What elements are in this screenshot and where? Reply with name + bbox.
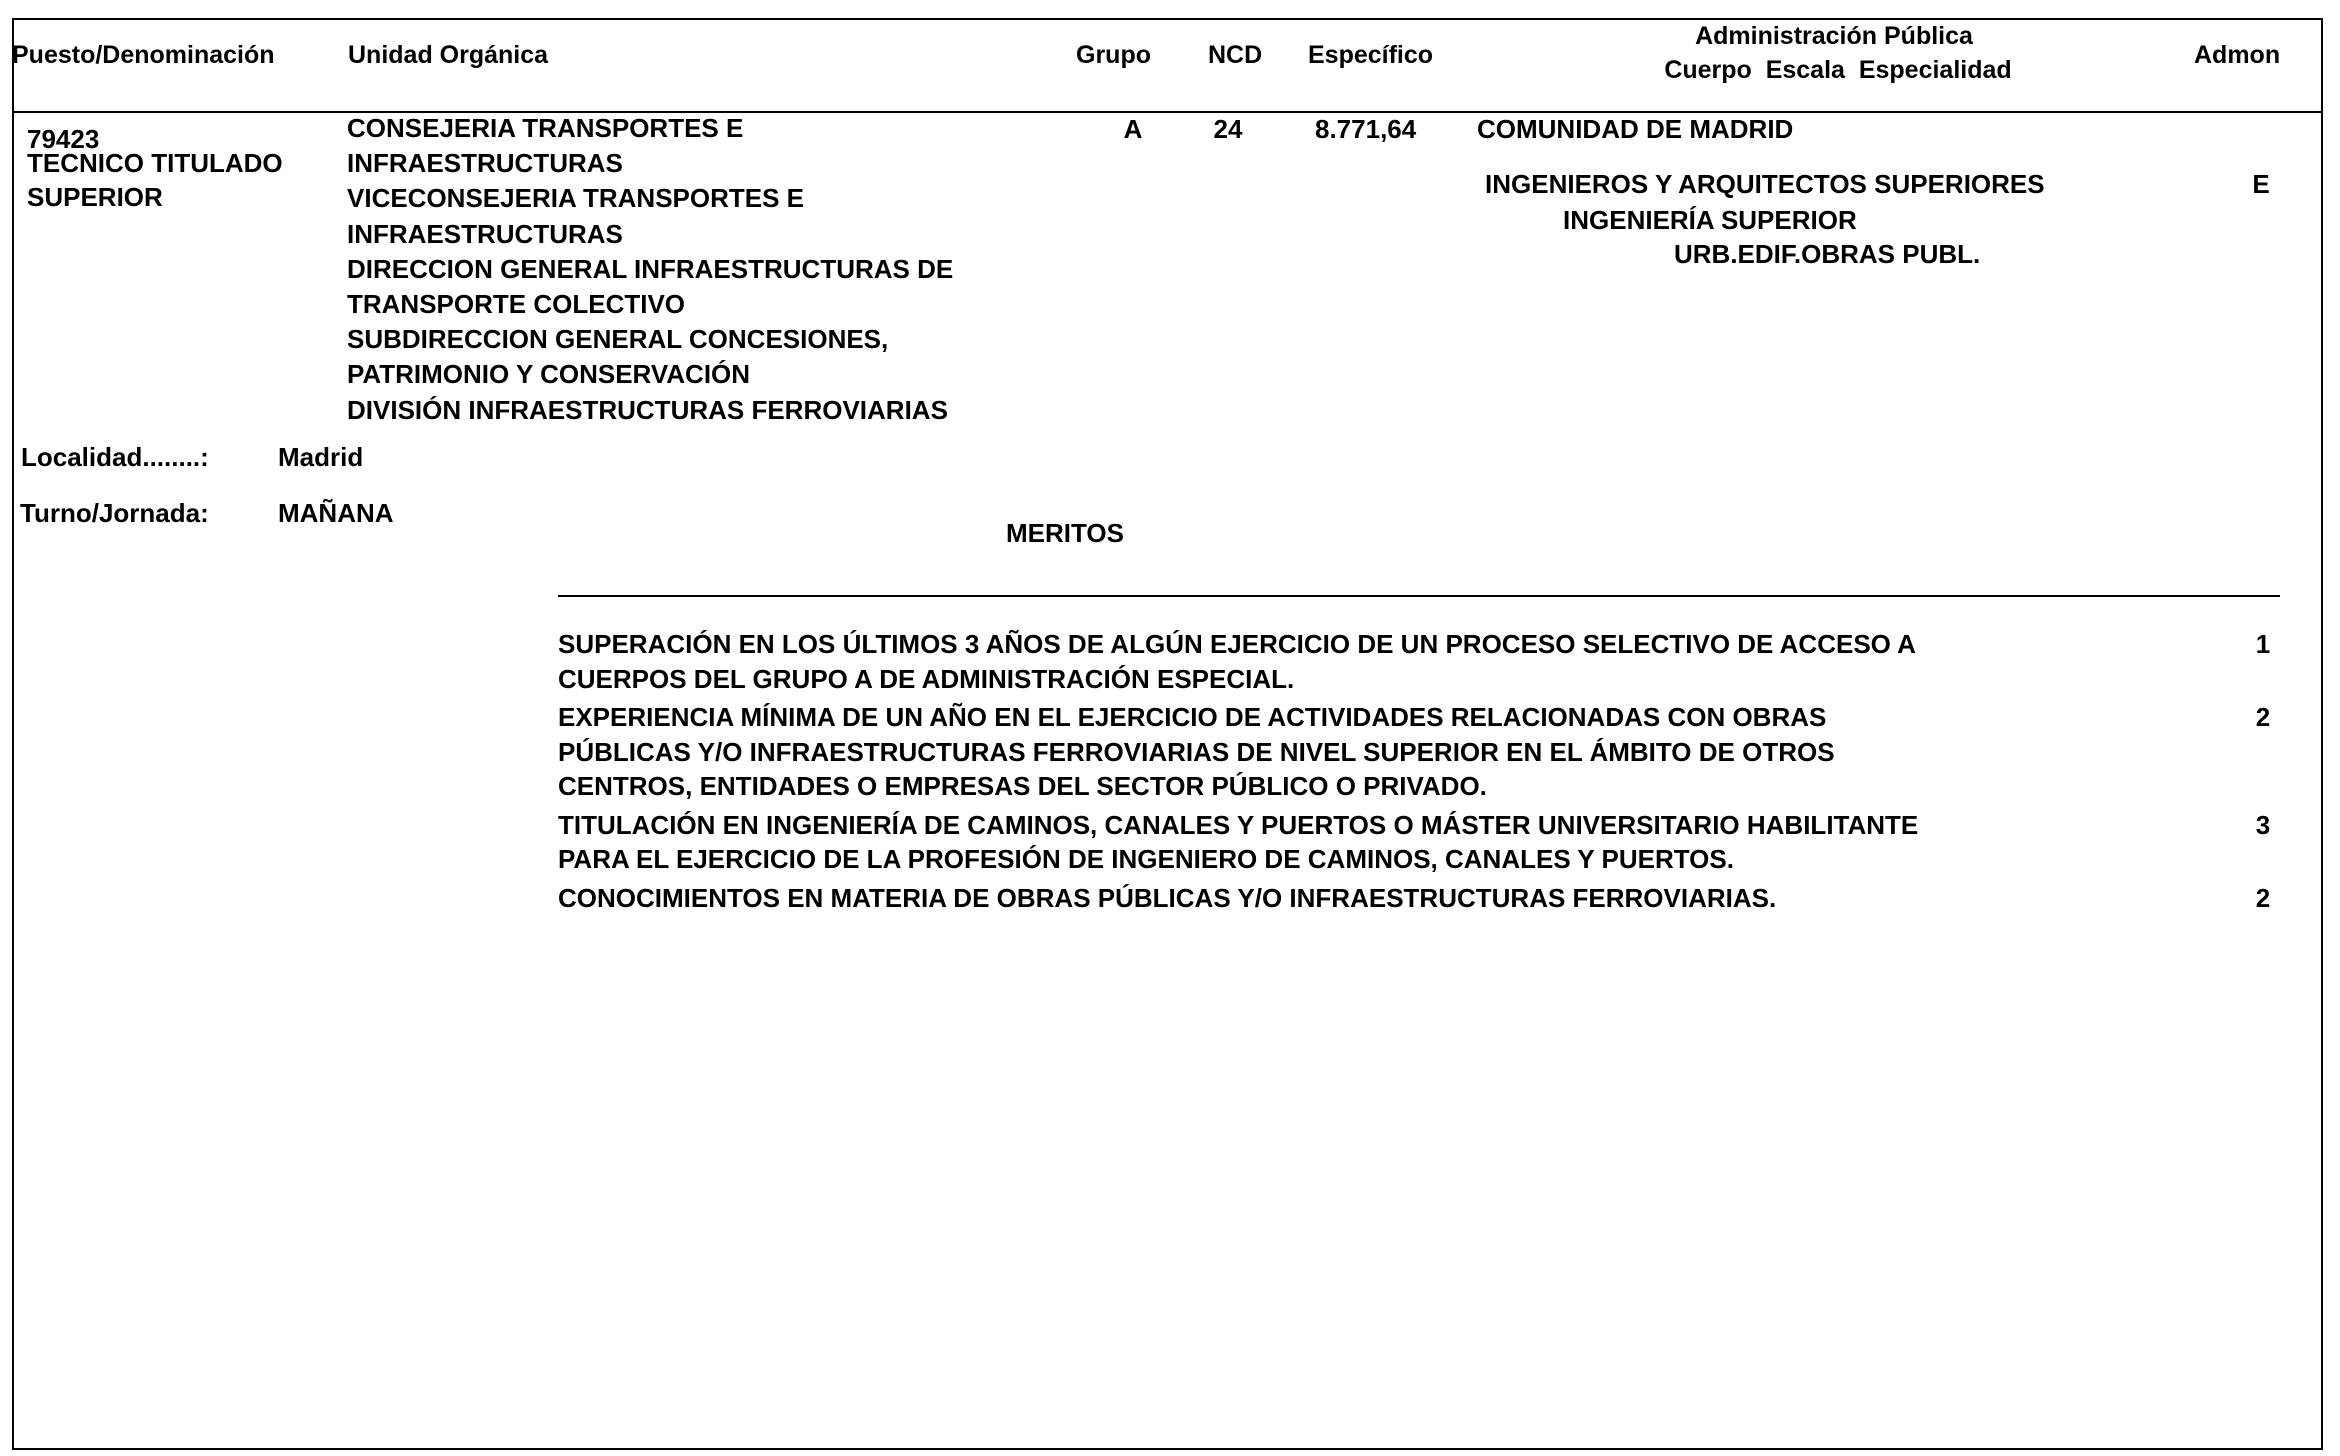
localidad-value: Madrid [278, 444, 363, 470]
meritos-title: MERITOS [1006, 520, 1124, 546]
localidad-label: Localidad........: [21, 444, 209, 470]
unidad-line: PATRIMONIO Y CONSERVACIÓN [347, 361, 750, 387]
header-admon: Admon [2194, 43, 2280, 68]
admon-value: E [2252, 171, 2269, 197]
ncd-value: 24 [1214, 116, 1243, 142]
unidad-line: CONSEJERIA TRANSPORTES E [347, 115, 743, 141]
puesto-denominacion-1: TECNICO TITULADO [27, 150, 283, 176]
administracion-value: COMUNIDAD DE MADRID [1477, 116, 1793, 142]
meritos-divider [558, 595, 2280, 597]
merit-text-line: CUERPOS DEL GRUPO A DE ADMINISTRACIÓN ES… [558, 666, 1294, 692]
header-admin-publica: Administración Pública [1695, 24, 1973, 49]
header-ncd: NCD [1208, 43, 1262, 68]
merit-text-line: TITULACIÓN EN INGENIERÍA DE CAMINOS, CAN… [558, 812, 1918, 838]
merit-text-line: CENTROS, ENTIDADES O EMPRESAS DEL SECTOR… [558, 773, 1487, 799]
unidad-line: TRANSPORTE COLECTIVO [347, 291, 685, 317]
unidad-line: DIVISIÓN INFRAESTRUCTURAS FERROVIARIAS [347, 397, 948, 423]
turno-value: MAÑANA [278, 500, 394, 526]
merit-score: 2 [2256, 885, 2270, 911]
puesto-denominacion-2: SUPERIOR [27, 184, 163, 210]
turno-label: Turno/Jornada: [20, 500, 209, 526]
header-cuerpo-escala: Cuerpo Escala Especialidad [1664, 58, 2011, 83]
especialidad-value: URB.EDIF.OBRAS PUBL. [1674, 241, 1980, 267]
merit-score: 3 [2256, 812, 2270, 838]
unidad-line: DIRECCION GENERAL INFRAESTRUCTURAS DE [347, 256, 953, 282]
cuerpo-value: INGENIEROS Y ARQUITECTOS SUPERIORES [1485, 171, 2045, 197]
merit-text-line: PARA EL EJERCICIO DE LA PROFESIÓN DE ING… [558, 846, 1734, 872]
header-especifico: Específico [1308, 43, 1433, 68]
merit-text-line: PÚBLICAS Y/O INFRAESTRUCTURAS FERROVIARI… [558, 739, 1835, 765]
merit-text-line: EXPERIENCIA MÍNIMA DE UN AÑO EN EL EJERC… [558, 704, 1826, 730]
header-unidad: Unidad Orgánica [348, 43, 548, 68]
unidad-line: INFRAESTRUCTURAS [347, 150, 623, 176]
header-grupo: Grupo [1076, 43, 1151, 68]
unidad-line: VICECONSEJERIA TRANSPORTES E [347, 185, 804, 211]
merit-score: 2 [2256, 704, 2270, 730]
header-puesto: Puesto/Denominación [12, 43, 275, 68]
merit-score: 1 [2256, 631, 2270, 657]
merit-text-line: CONOCIMIENTOS EN MATERIA DE OBRAS PÚBLIC… [558, 885, 1776, 911]
especifico-value: 8.771,64 [1315, 116, 1416, 142]
merit-text-line: SUPERACIÓN EN LOS ÚLTIMOS 3 AÑOS DE ALGÚ… [558, 631, 1916, 657]
escala-value: INGENIERÍA SUPERIOR [1563, 207, 1857, 233]
unidad-line: SUBDIRECCION GENERAL CONCESIONES, [347, 326, 888, 352]
unidad-line: INFRAESTRUCTURAS [347, 221, 623, 247]
grupo-value: A [1124, 116, 1143, 142]
